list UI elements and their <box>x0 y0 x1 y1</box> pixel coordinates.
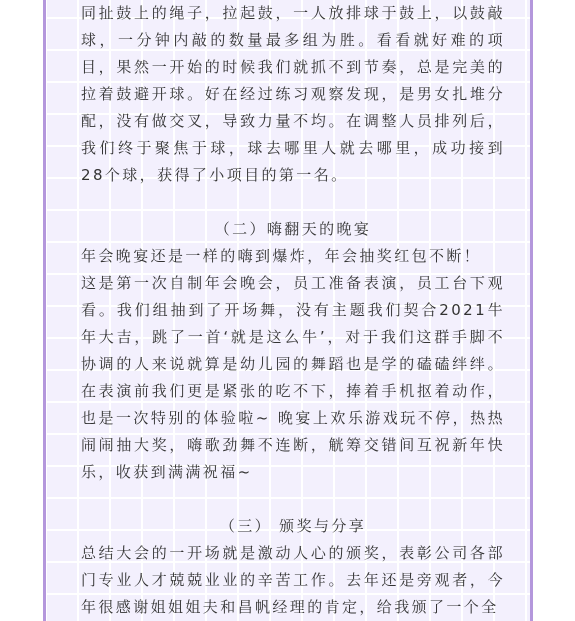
article-content: 同扯鼓上的绳子，拉起鼓，一人放排球于鼓上，以鼓敲球，一分钟内敲的数量最多组为胜。… <box>81 0 505 621</box>
section1-paragraph: 同扯鼓上的绳子，拉起鼓，一人放排球于鼓上，以鼓敲球，一分钟内敲的数量最多组为胜。… <box>81 0 505 189</box>
section2-intro: 年会晚宴还是一样的嗨到爆炸，年会抽奖红包不断！ <box>81 243 505 270</box>
section3-heading: （三） 颁奖与分享 <box>81 513 505 540</box>
article-panel: 同扯鼓上的绳子，拉起鼓，一人放排球于鼓上，以鼓敲球，一分钟内敲的数量最多组为胜。… <box>43 0 533 621</box>
section-spacer <box>81 486 505 513</box>
section3-paragraph: 总结大会的一开场就是激动人心的颁奖，表彰公司各部门专业人才兢兢业业的辛苦工作。去… <box>81 540 505 621</box>
section2-heading: （二）嗨翻天的晚宴 <box>81 216 505 243</box>
section-spacer <box>81 189 505 216</box>
section2-paragraph: 这是第一次自制年会晚会，员工准备表演，员工台下观看。我们组抽到了开场舞，没有主题… <box>81 270 505 486</box>
